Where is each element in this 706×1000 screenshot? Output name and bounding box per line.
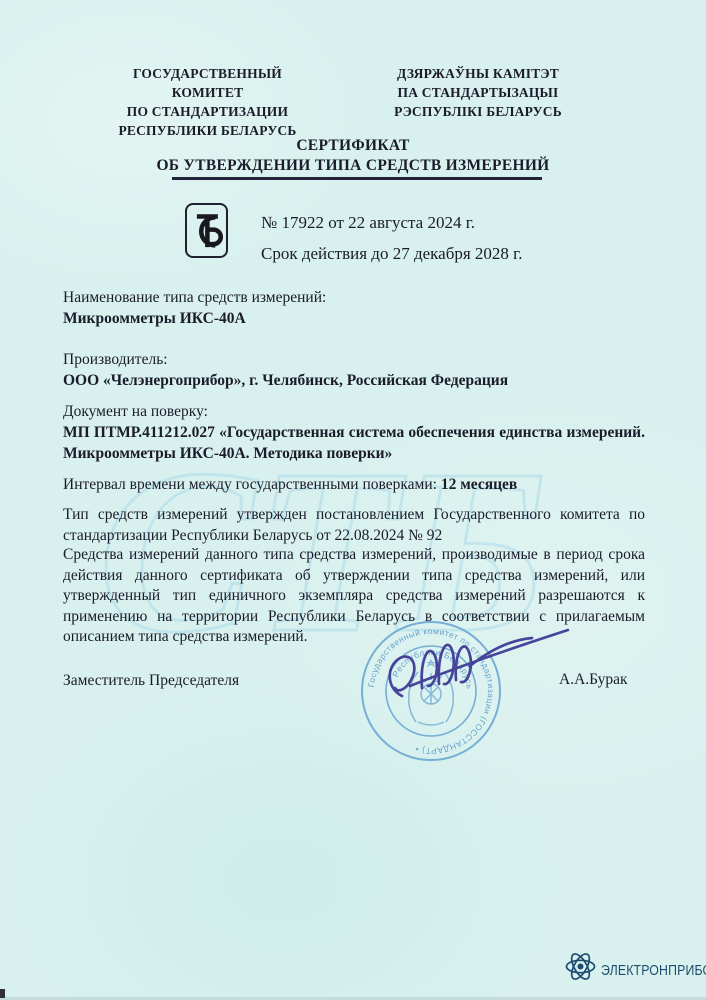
document-title-line2: ОБ УТВЕРЖДЕНИИ ТИПА СРЕДСТВ ИЗМЕРЕНИЙ (0, 156, 706, 176)
header-right: ДЗЯРЖАЎНЫ КАМІТЭТ ПА СТАНДАРТЫЗАЦЫІ РЭСП… (378, 64, 578, 121)
header-left-line1: ГОСУДАРСТВЕННЫЙ КОМИТЕТ (100, 64, 315, 102)
certificate-page: СТБ ГОСУДАРСТВЕННЫЙ КОМИТЕТ ПО СТАНДАРТИ… (0, 0, 706, 1000)
interval-value: 12 месяцев (441, 476, 517, 493)
certificate-validity: Срок действия до 27 декабря 2028 г. (261, 244, 522, 264)
scan-corner-mark (0, 989, 5, 998)
manufacturer-label: Производитель: (63, 350, 645, 370)
atom-icon (564, 950, 597, 983)
type-name-label: Наименование типа средств измерений: (63, 288, 645, 308)
interval-label: Интервал времени между государственными … (63, 476, 441, 493)
header-right-line3: РЭСПУБЛІКІ БЕЛАРУСЬ (378, 102, 578, 121)
verification-doc-label: Документ на поверку: (63, 402, 645, 422)
stb-monogram-icon (189, 207, 224, 254)
certificate-number: № 17922 от 22 августа 2024 г. (261, 213, 475, 233)
approval-paragraph: Тип средств измерений утвержден постанов… (63, 505, 645, 546)
header-left: ГОСУДАРСТВЕННЫЙ КОМИТЕТ ПО СТАНДАРТИЗАЦИ… (100, 64, 315, 140)
document-title-line1: СЕРТИФИКАТ (0, 136, 706, 156)
document-title: СЕРТИФИКАТ ОБ УТВЕРЖДЕНИИ ТИПА СРЕДСТВ И… (0, 136, 706, 175)
header-left-line2: ПО СТАНДАРТИЗАЦИИ (100, 102, 315, 121)
signature-scribble (378, 608, 578, 718)
verification-doc-value: МП ПТМР.411212.027 «Государственная сист… (63, 423, 645, 464)
manufacturer-value: ООО «Челэнергоприбор», г. Челябинск, Рос… (63, 371, 645, 391)
interval-line: Интервал времени между государственными … (63, 475, 645, 495)
header-right-line1: ДЗЯРЖАЎНЫ КАМІТЭТ (378, 64, 578, 83)
stb-mark-logo (185, 203, 228, 258)
footer-logo-text: ЭЛЕКТРОНПРИБОР (601, 962, 706, 979)
signer-name: А.А.Бурак (559, 671, 628, 689)
signer-position: Заместитель Председателя (63, 671, 363, 691)
type-name-value: Микроомметры ИКС-40А (63, 309, 645, 329)
header-right-line2: ПА СТАНДАРТЫЗАЦЫІ (378, 83, 578, 102)
title-underline (172, 177, 542, 180)
